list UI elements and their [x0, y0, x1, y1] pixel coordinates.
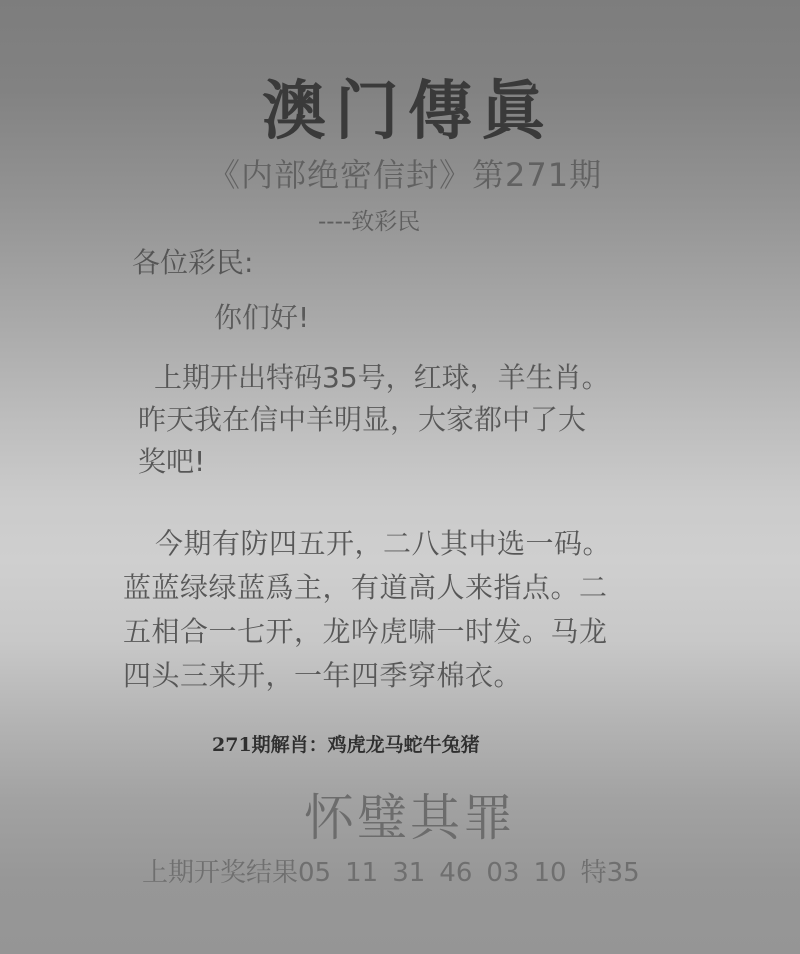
- greeting: 你们好!: [214, 296, 309, 336]
- result-number: 31: [392, 858, 425, 888]
- paragraph-line: 蓝蓝绿绿蓝爲主，有道高人来指点。二: [123, 566, 611, 610]
- result-number: 11: [345, 858, 378, 888]
- result-number: 03: [486, 858, 519, 888]
- paragraph-line: 昨天我在信中羊明显，大家都中了大: [138, 399, 610, 441]
- paragraph-line: 四头三来开，一年四季穿棉衣。: [123, 654, 611, 698]
- paragraph-line: 五相合一七开，龙吟虎啸一时发。马龙: [123, 610, 611, 654]
- paragraph-line: 上期开出特码35号，红球，羊生肖。: [138, 357, 610, 399]
- result-number: 46: [439, 858, 472, 888]
- result-number: 05: [298, 858, 331, 888]
- paragraph-last-result: 上期开出特码35号，红球，羊生肖。 昨天我在信中羊明显，大家都中了大 奖吧!: [138, 357, 610, 483]
- special-number: 35: [607, 858, 640, 888]
- results-label: 上期开奖结果: [142, 858, 298, 888]
- paragraph-line: 今期有防四五开，二八其中选一码。: [123, 522, 611, 566]
- page-title: 澳门傳眞: [262, 60, 554, 152]
- issue-subtitle: 《内部绝密信封》第271期: [208, 150, 602, 196]
- zodiac-hint: 271期解肖：鸡虎龙马蛇牛兔猪: [212, 730, 480, 757]
- result-number: 10: [533, 858, 566, 888]
- riddle-phrase: 怀璧其罪: [304, 778, 516, 850]
- special-label: 特: [581, 858, 607, 888]
- paragraph-line: 奖吧!: [138, 441, 610, 483]
- paragraph-prediction-poem: 今期有防四五开，二八其中选一码。 蓝蓝绿绿蓝爲主，有道高人来指点。二 五相合一七…: [123, 522, 611, 698]
- addressee-line: ----致彩民: [318, 203, 420, 236]
- last-results: 上期开奖结果051131460310特35: [142, 852, 640, 889]
- salutation: 各位彩民:: [132, 241, 253, 281]
